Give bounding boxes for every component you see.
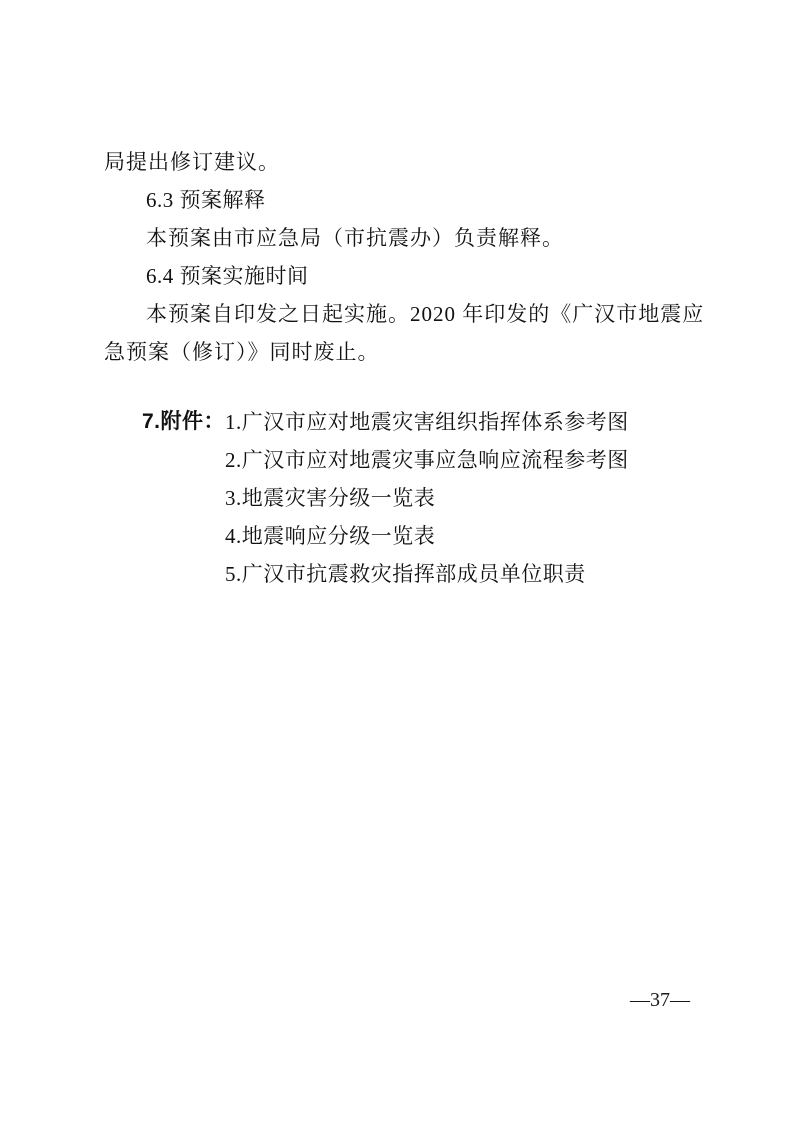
attachment-item-5: 5.广汉市抗震救灾指挥部成员单位职责 <box>225 555 708 593</box>
page-number: —37— <box>630 986 690 1014</box>
document-page: 局提出修订建议。 6.3 预案解释 本预案由市应急局（市抗震办）负责解释。 6.… <box>0 0 793 1122</box>
section-heading-6-3: 6.3 预案解释 <box>104 181 708 219</box>
attachments-block: 7.附件： 1.广汉市应对地震灾害组织指挥体系参考图 2.广汉市应对地震灾事应急… <box>104 403 708 593</box>
page-content: 局提出修订建议。 6.3 预案解释 本预案由市应急局（市抗震办）负责解释。 6.… <box>104 143 708 593</box>
attachment-item-4: 4.地震响应分级一览表 <box>225 517 708 555</box>
attachment-item-3: 3.地震灾害分级一览表 <box>225 479 708 517</box>
section-heading-6-4: 6.4 预案实施时间 <box>104 257 708 295</box>
attachment-item-2: 2.广汉市应对地震灾事应急响应流程参考图 <box>225 441 708 479</box>
attachment-item-1: 1.广汉市应对地震灾害组织指挥体系参考图 <box>225 403 708 441</box>
attachments-label: 7.附件： <box>142 403 225 441</box>
attachments-list: 1.广汉市应对地震灾害组织指挥体系参考图 2.广汉市应对地震灾事应急响应流程参考… <box>225 403 708 593</box>
paragraph-continuation: 局提出修订建议。 <box>104 143 708 181</box>
section-body-6-3: 本预案由市应急局（市抗震办）负责解释。 <box>104 219 708 257</box>
section-body-6-4-line-2: 急预案（修订）》同时废止。 <box>104 333 708 371</box>
section-body-6-4-line-1: 本预案自印发之日起实施。2020 年印发的《广汉市地震应 <box>104 295 708 333</box>
